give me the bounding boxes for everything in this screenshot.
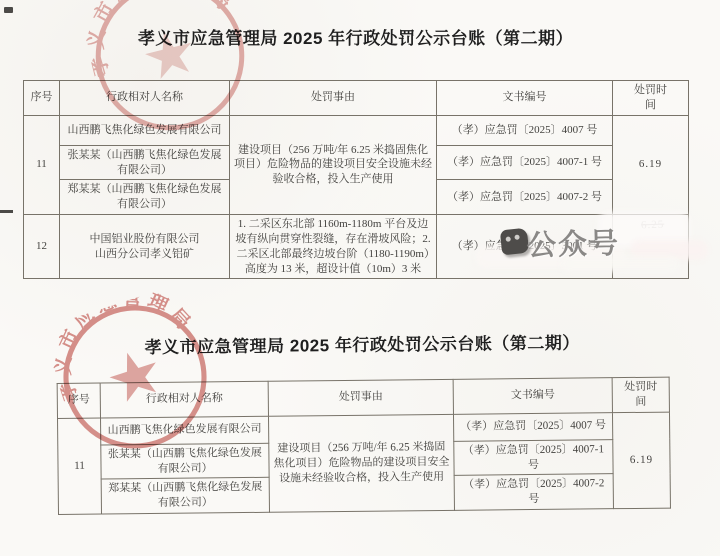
cell-document-number: （孝）应急罚〔2025〕4007-2 号: [437, 180, 613, 215]
scan-artifact: [4, 7, 13, 13]
entity-name-line2: 山西分公司孝义铝矿: [64, 247, 225, 262]
entity-name-line1: 中国铝业股份有限公司: [64, 232, 225, 247]
cell-document-number: （孝）应急罚〔2025〕4007-2 号: [454, 474, 613, 510]
header-entity-name: 行政相对人名称: [60, 81, 230, 116]
cell-document-number: （孝）应急罚〔2025〕4007-1 号: [454, 439, 613, 475]
header-entity-name: 行政相对人名称: [100, 381, 268, 417]
cell-entity-name: 山西鹏飞焦化绿色发展有限公司: [100, 416, 268, 445]
cell-serial-no-12: 12: [24, 215, 60, 279]
cell-entity-name: 郑某某（山西鹏飞焦化绿色发展有限公司）: [101, 478, 269, 514]
cell-penalty-reason: 1. 二采区东北部 1160m-1180m 平台及边坡有纵向贯穿性裂缝，存在滑坡…: [230, 215, 437, 279]
document-title: 孝义市应急管理局 2025 年行政处罚公示台账（第二期）: [23, 28, 688, 50]
cell-entity-name: 张某某（山西鹏飞焦化绿色发展有限公司）: [60, 145, 230, 180]
watermark-logo-icon: [500, 228, 529, 256]
header-document-number: 文书编号: [437, 81, 613, 116]
cell-serial-no-11: 11: [58, 418, 102, 515]
cell-entity-name: 中国铝业股份有限公司 山西分公司孝义铝矿: [60, 215, 230, 279]
scanned-document-page: 孝义市应急管理局 2025 年行政处罚公示台账（第二期） 序号 行政相对人名称 …: [0, 0, 720, 556]
header-penalty-date: 处罚时间: [613, 81, 689, 116]
cell-document-number: （孝）应急罚〔2025〕4007 号: [437, 115, 613, 145]
cell-penalty-date: 6.19: [612, 412, 670, 509]
cell-entity-name: 山西鹏飞焦化绿色发展有限公司: [60, 115, 230, 145]
document-title: 孝义市应急管理局 2025 年行政处罚公示台账（第二期）: [56, 332, 668, 360]
header-serial-no: 序号: [24, 81, 60, 116]
cell-entity-name: 郑某某（山西鹏飞焦化绿色发展有限公司）: [60, 180, 230, 215]
cell-penalty-reason: 建设项目（256 万吨/年 6.25 米捣固焦化项目）危险物品的建设项目安全设施…: [268, 414, 454, 512]
cell-document-number: （孝）应急罚〔2025〕4007 号: [453, 412, 612, 441]
scan-artifact: [0, 210, 13, 213]
header-penalty-reason: 处罚事由: [268, 379, 453, 416]
header-serial-no: 序号: [57, 383, 100, 418]
document-copy-2: 孝义市应急管理局 2025 年行政处罚公示台账（第二期） 序号 行政相对人名称 …: [56, 332, 670, 498]
header-document-number: 文书编号: [453, 378, 612, 414]
cell-entity-name: 张某某（山西鹏飞焦化绿色发展有限公司）: [101, 443, 269, 479]
cell-penalty-reason: 建设项目（256 万吨/年 6.25 米捣固焦化项目）危险物品的建设项目安全设施…: [230, 115, 437, 214]
cell-serial-no-11: 11: [24, 115, 60, 214]
header-penalty-reason: 处罚事由: [230, 81, 437, 116]
cell-penalty-date: 6.19: [613, 115, 689, 214]
table-header-row: 序号 行政相对人名称 处罚事由 文书编号 处罚时间: [24, 81, 689, 116]
cell-document-number: （孝）应急罚〔2025〕4007-1 号: [437, 145, 613, 180]
header-penalty-date: 处罚时间: [612, 377, 669, 412]
penalty-table-2: 序号 行政相对人名称 处罚事由 文书编号 处罚时间 11 山西鹏飞焦化绿色发展有…: [57, 377, 671, 515]
watermark-text: 公众号: [526, 221, 620, 264]
table-row: 11 山西鹏飞焦化绿色发展有限公司 建设项目（256 万吨/年 6.25 米捣固…: [24, 115, 689, 145]
